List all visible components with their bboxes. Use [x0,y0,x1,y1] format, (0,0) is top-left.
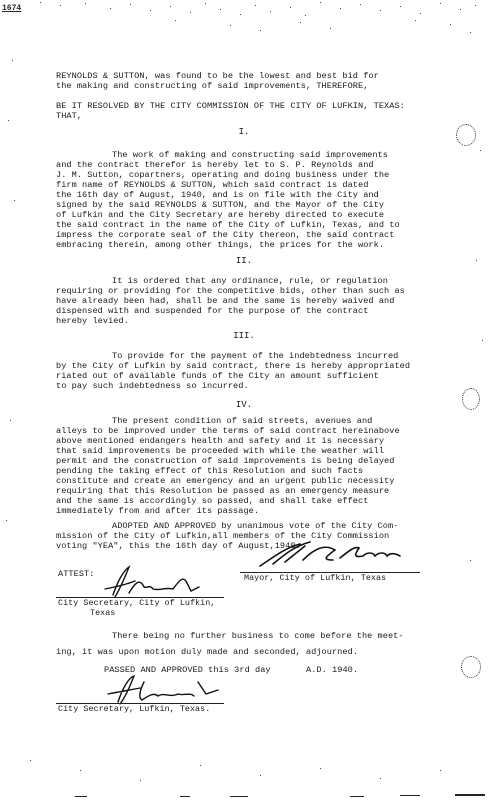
section-line: to pay such indebtedness so incurred. [56,381,249,391]
section-line: have already been had, shall be and the … [56,296,394,306]
section-numeral: II. [0,256,488,266]
closing-line: ing, it was upon motion duly made and se… [56,647,358,657]
punch-hole-mark [461,656,481,678]
section-line: by the City of Lufkin by said contract, … [56,361,410,371]
page-number: 1674 [2,4,21,13]
adoption-line: ADOPTED AND APPROVED by unanimous vote o… [112,521,398,531]
closing-line: There being no further business to come … [112,631,404,641]
section-line: immediately from and after its passage. [56,506,259,516]
section-line: pending the taking effect of this Resolu… [56,466,363,476]
section-line: dispensed with and suspended for the pur… [56,306,368,316]
attest-label: ATTEST: [58,569,94,579]
final-secretary-signature [98,672,228,706]
opening-line: the making and constructing of said impr… [56,81,368,91]
section-line: the said contract in the name of the Cit… [56,220,400,230]
section-line: permit and the construction of said impr… [56,456,394,466]
section-line: hereby levied. [56,316,129,326]
section-numeral: IV. [0,400,488,410]
scanned-document-page: 1674 REYNOLDS & SUTTON, was found to be … [0,0,488,800]
section-line: firm name of REYNOLDS & SUTTON, which sa… [56,180,368,190]
passed-year: A.D. 1940. [306,665,358,675]
section-line: the 16th day of August, 1940, and is on … [56,190,379,200]
mayor-signature [255,538,405,570]
section-line: embracing therein, among other things, t… [56,240,384,250]
section-line: of Lufkin and the City Secretary are her… [56,210,384,220]
section-line: The present condition of said streets, a… [112,416,372,426]
section-line: and the same is accordingly so passed, a… [56,496,368,506]
section-line: requiring that this Resolution be passed… [56,486,389,496]
section-numeral: III. [0,331,488,341]
section-line: constitute and create an emergency and a… [56,476,394,486]
secretary-title: City Secretary, City of Lufkin, [58,598,215,608]
section-line: that said improvements be proceeded with… [56,446,384,456]
section-line: J. M. Sutton, copartners, operating and … [56,170,389,180]
section-line: requiring or providing for the competiti… [56,286,405,296]
section-line: The work of making and constructing said… [112,150,388,160]
section-line: above mentioned endangers health and saf… [56,436,384,446]
resolution-line: BE IT RESOLVED BY THE CITY COMMISSION OF… [56,101,405,111]
final-secretary-title: City Secretary, Lufkin, Texas. [58,704,210,714]
section-line: riated out of available funds of the Cit… [56,371,379,381]
resolution-line: THAT, [56,111,82,121]
section-line: signed by the said REYNOLDS & SUTTON, an… [56,200,384,210]
mayor-title: Mayor, City of Lufkin, Texas [244,573,386,583]
section-line: alleys to be improved under the terms of… [56,426,400,436]
section-line: impress the corporate seal of the City t… [56,230,394,240]
secretary-signature [95,563,215,599]
secretary-title-state: Texas [90,608,115,618]
opening-line: REYNOLDS & SUTTON, was found to be the l… [56,71,379,81]
section-numeral: I. [0,127,488,137]
section-line: It is ordered that any ordinance, rule, … [112,276,388,286]
section-line: To provide for the payment of the indebt… [112,351,398,361]
section-line: and the contract therefor is hereby let … [56,160,374,170]
